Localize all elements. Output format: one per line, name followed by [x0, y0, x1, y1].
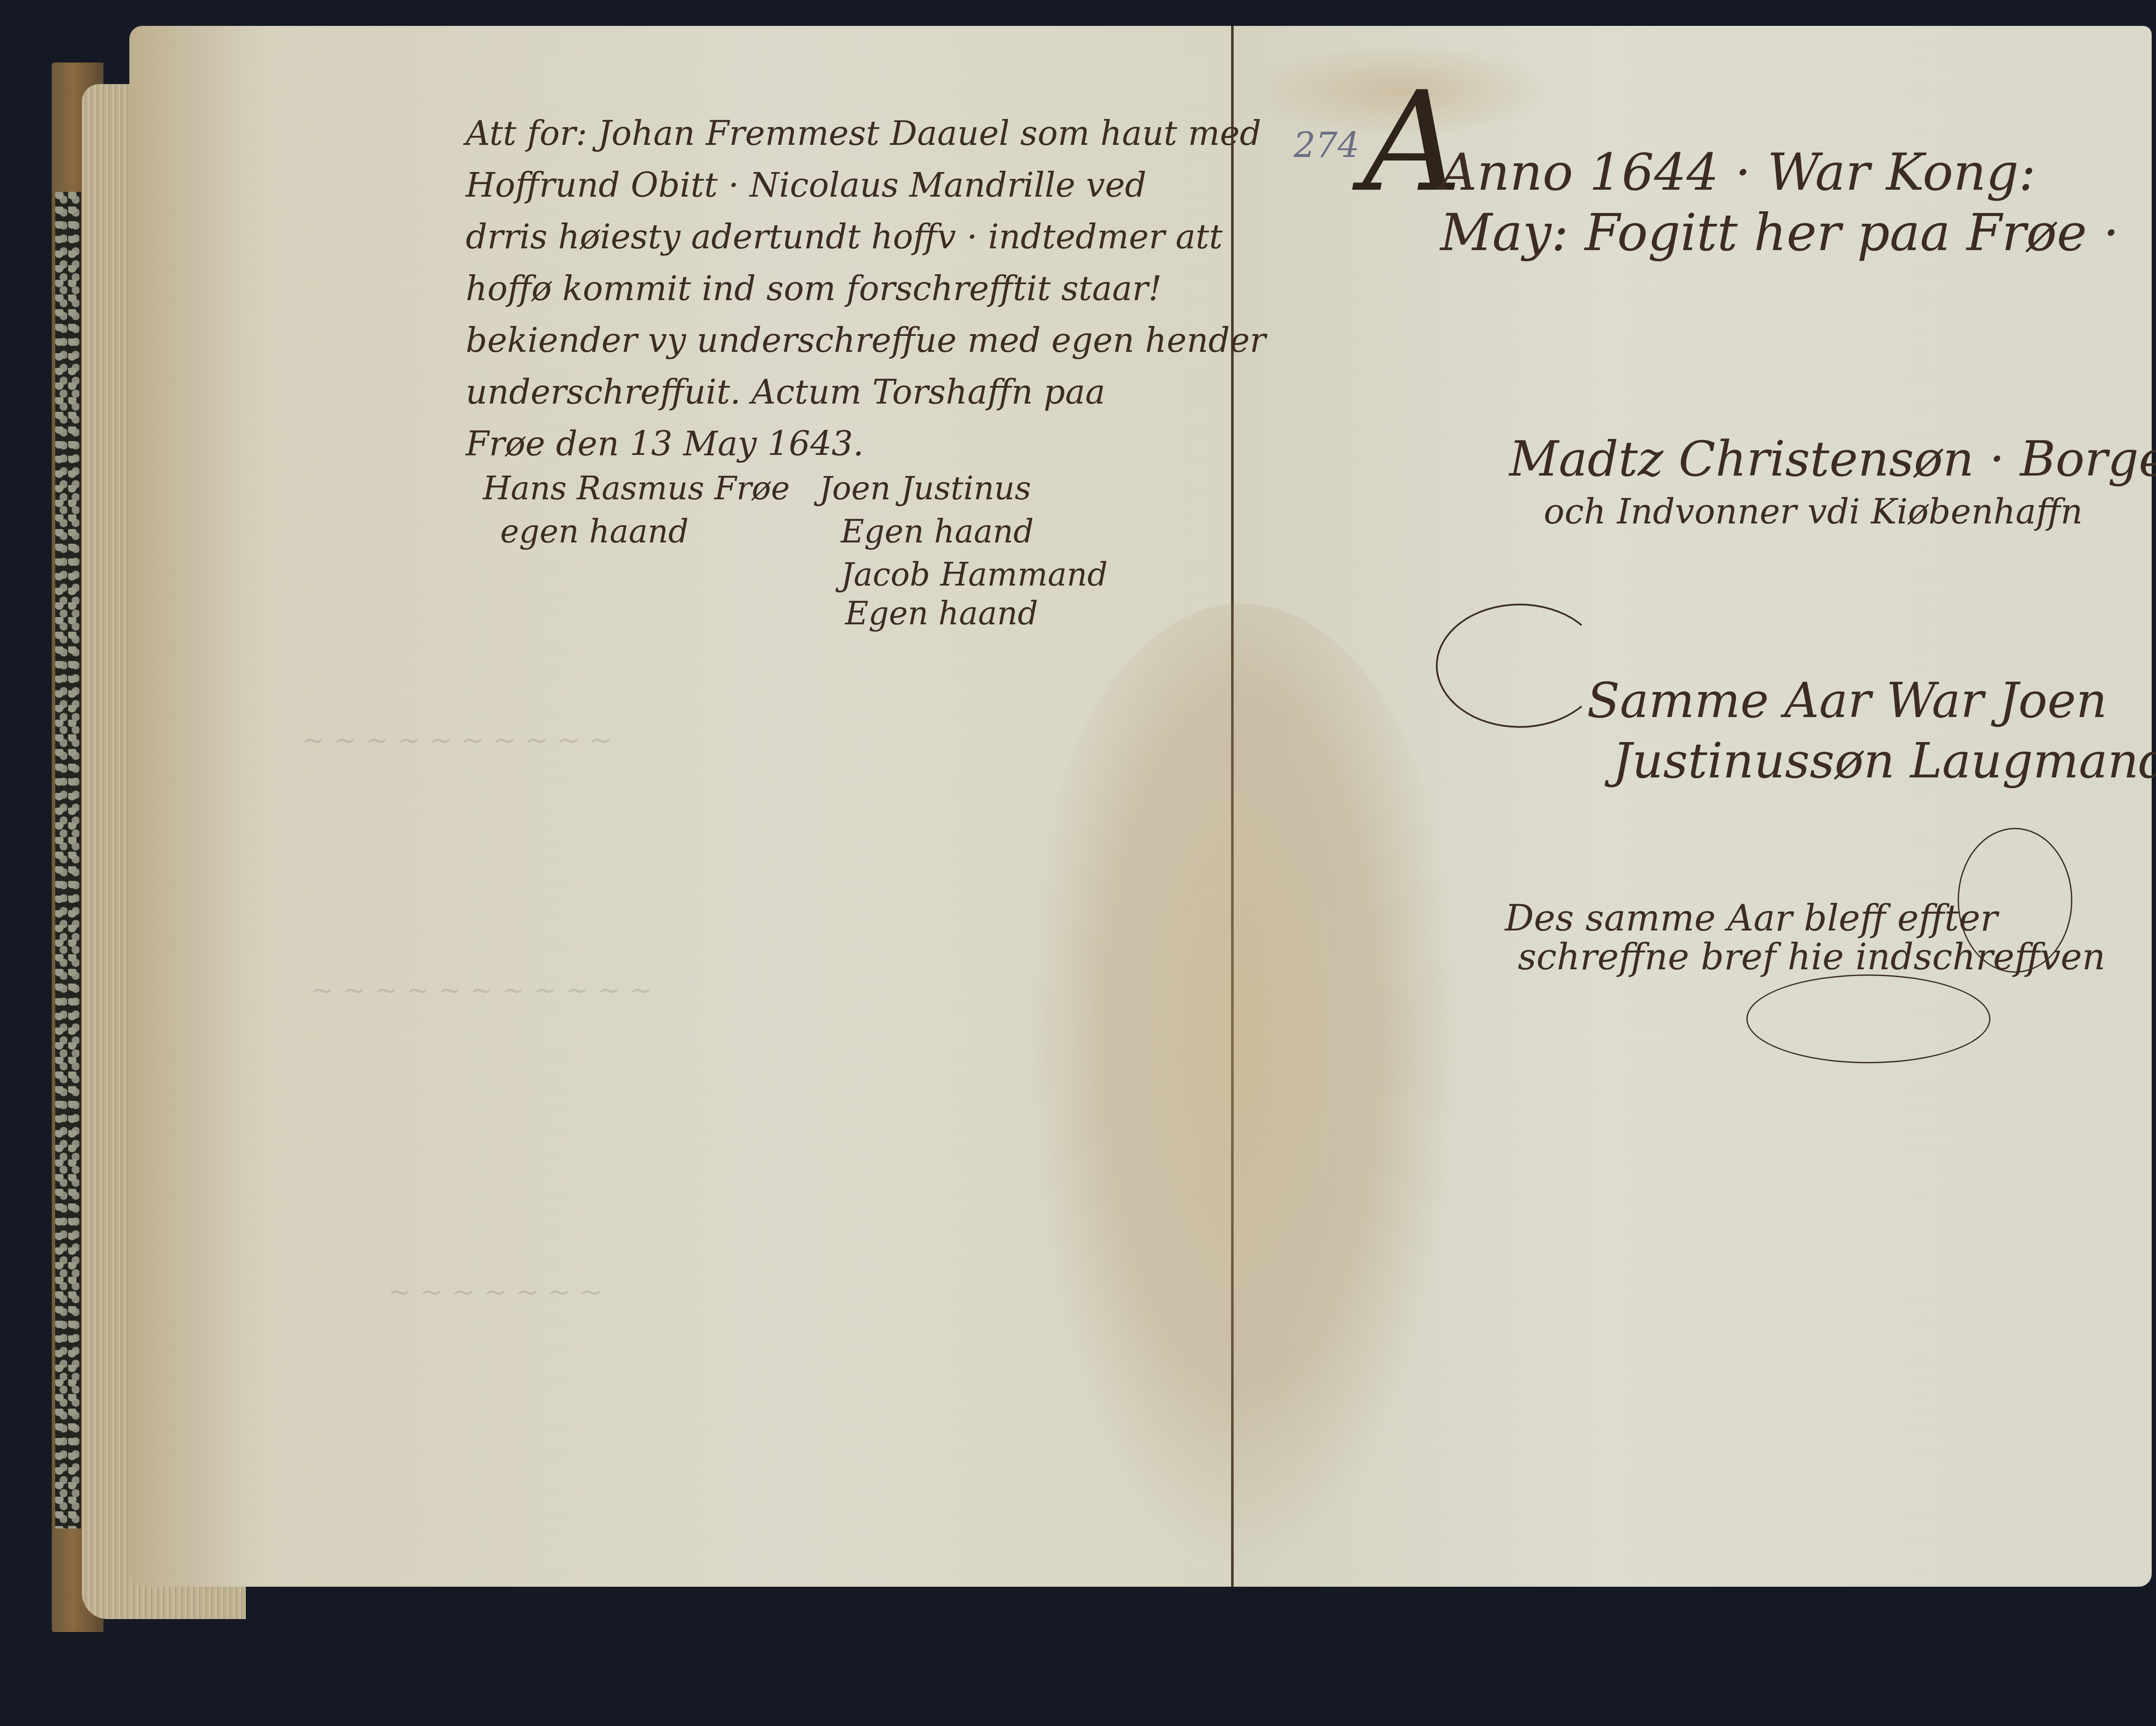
entry-line: schreffne bref hie indschreffven — [1518, 936, 2106, 978]
text-line: Frøe den 13 May 1643. — [466, 418, 864, 470]
flourish-ornament — [1436, 604, 1603, 728]
entry-line: och Indvonner vdi Kiøbenhaffn — [1544, 492, 2083, 532]
signature-name: Hans Rasmus Frøe — [483, 470, 790, 507]
text-line: drris høiesty adertundt hoffv · indtedme… — [466, 211, 1222, 263]
text-line: Att for: Johan Fremmest Daauel som haut … — [466, 108, 1261, 160]
signature-note: egen haand — [500, 513, 689, 550]
marbled-endpaper — [55, 192, 81, 1529]
signature-note: Egen haand — [841, 513, 1034, 550]
signature-name: Joen Justinus — [819, 470, 1031, 507]
text-line: hoffø kommit ind som forschrefftit staar… — [466, 263, 1162, 315]
water-stain — [1026, 604, 1457, 1574]
text-line: Hoffrund Obitt · Nicolaus Mandrille ved — [466, 160, 1147, 211]
page-number: 274 — [1294, 125, 1360, 165]
text-line: underschreffuit. Actum Torshaffn paa — [466, 367, 1105, 418]
entry-line: May: Fogitt her paa Frøe · — [1440, 203, 2119, 262]
signature-note: Egen haand — [845, 595, 1038, 632]
flourish-ornament — [1746, 974, 1990, 1063]
text-line: bekiender vy underschreffue med egen hen… — [466, 315, 1266, 367]
entry-line: Des samme Aar bleff effter — [1505, 897, 1998, 939]
signature-name: Jacob Hammand — [841, 556, 1108, 593]
entry-line: Samme Aar War Joen — [1587, 673, 2107, 729]
entry-line: Justinussøn Laugmand · — [1613, 733, 2156, 789]
entry-line: Anno 1644 · War Kong: — [1440, 142, 2036, 202]
entry-line: Madtz Christensøn · Borger — [1509, 431, 2156, 487]
